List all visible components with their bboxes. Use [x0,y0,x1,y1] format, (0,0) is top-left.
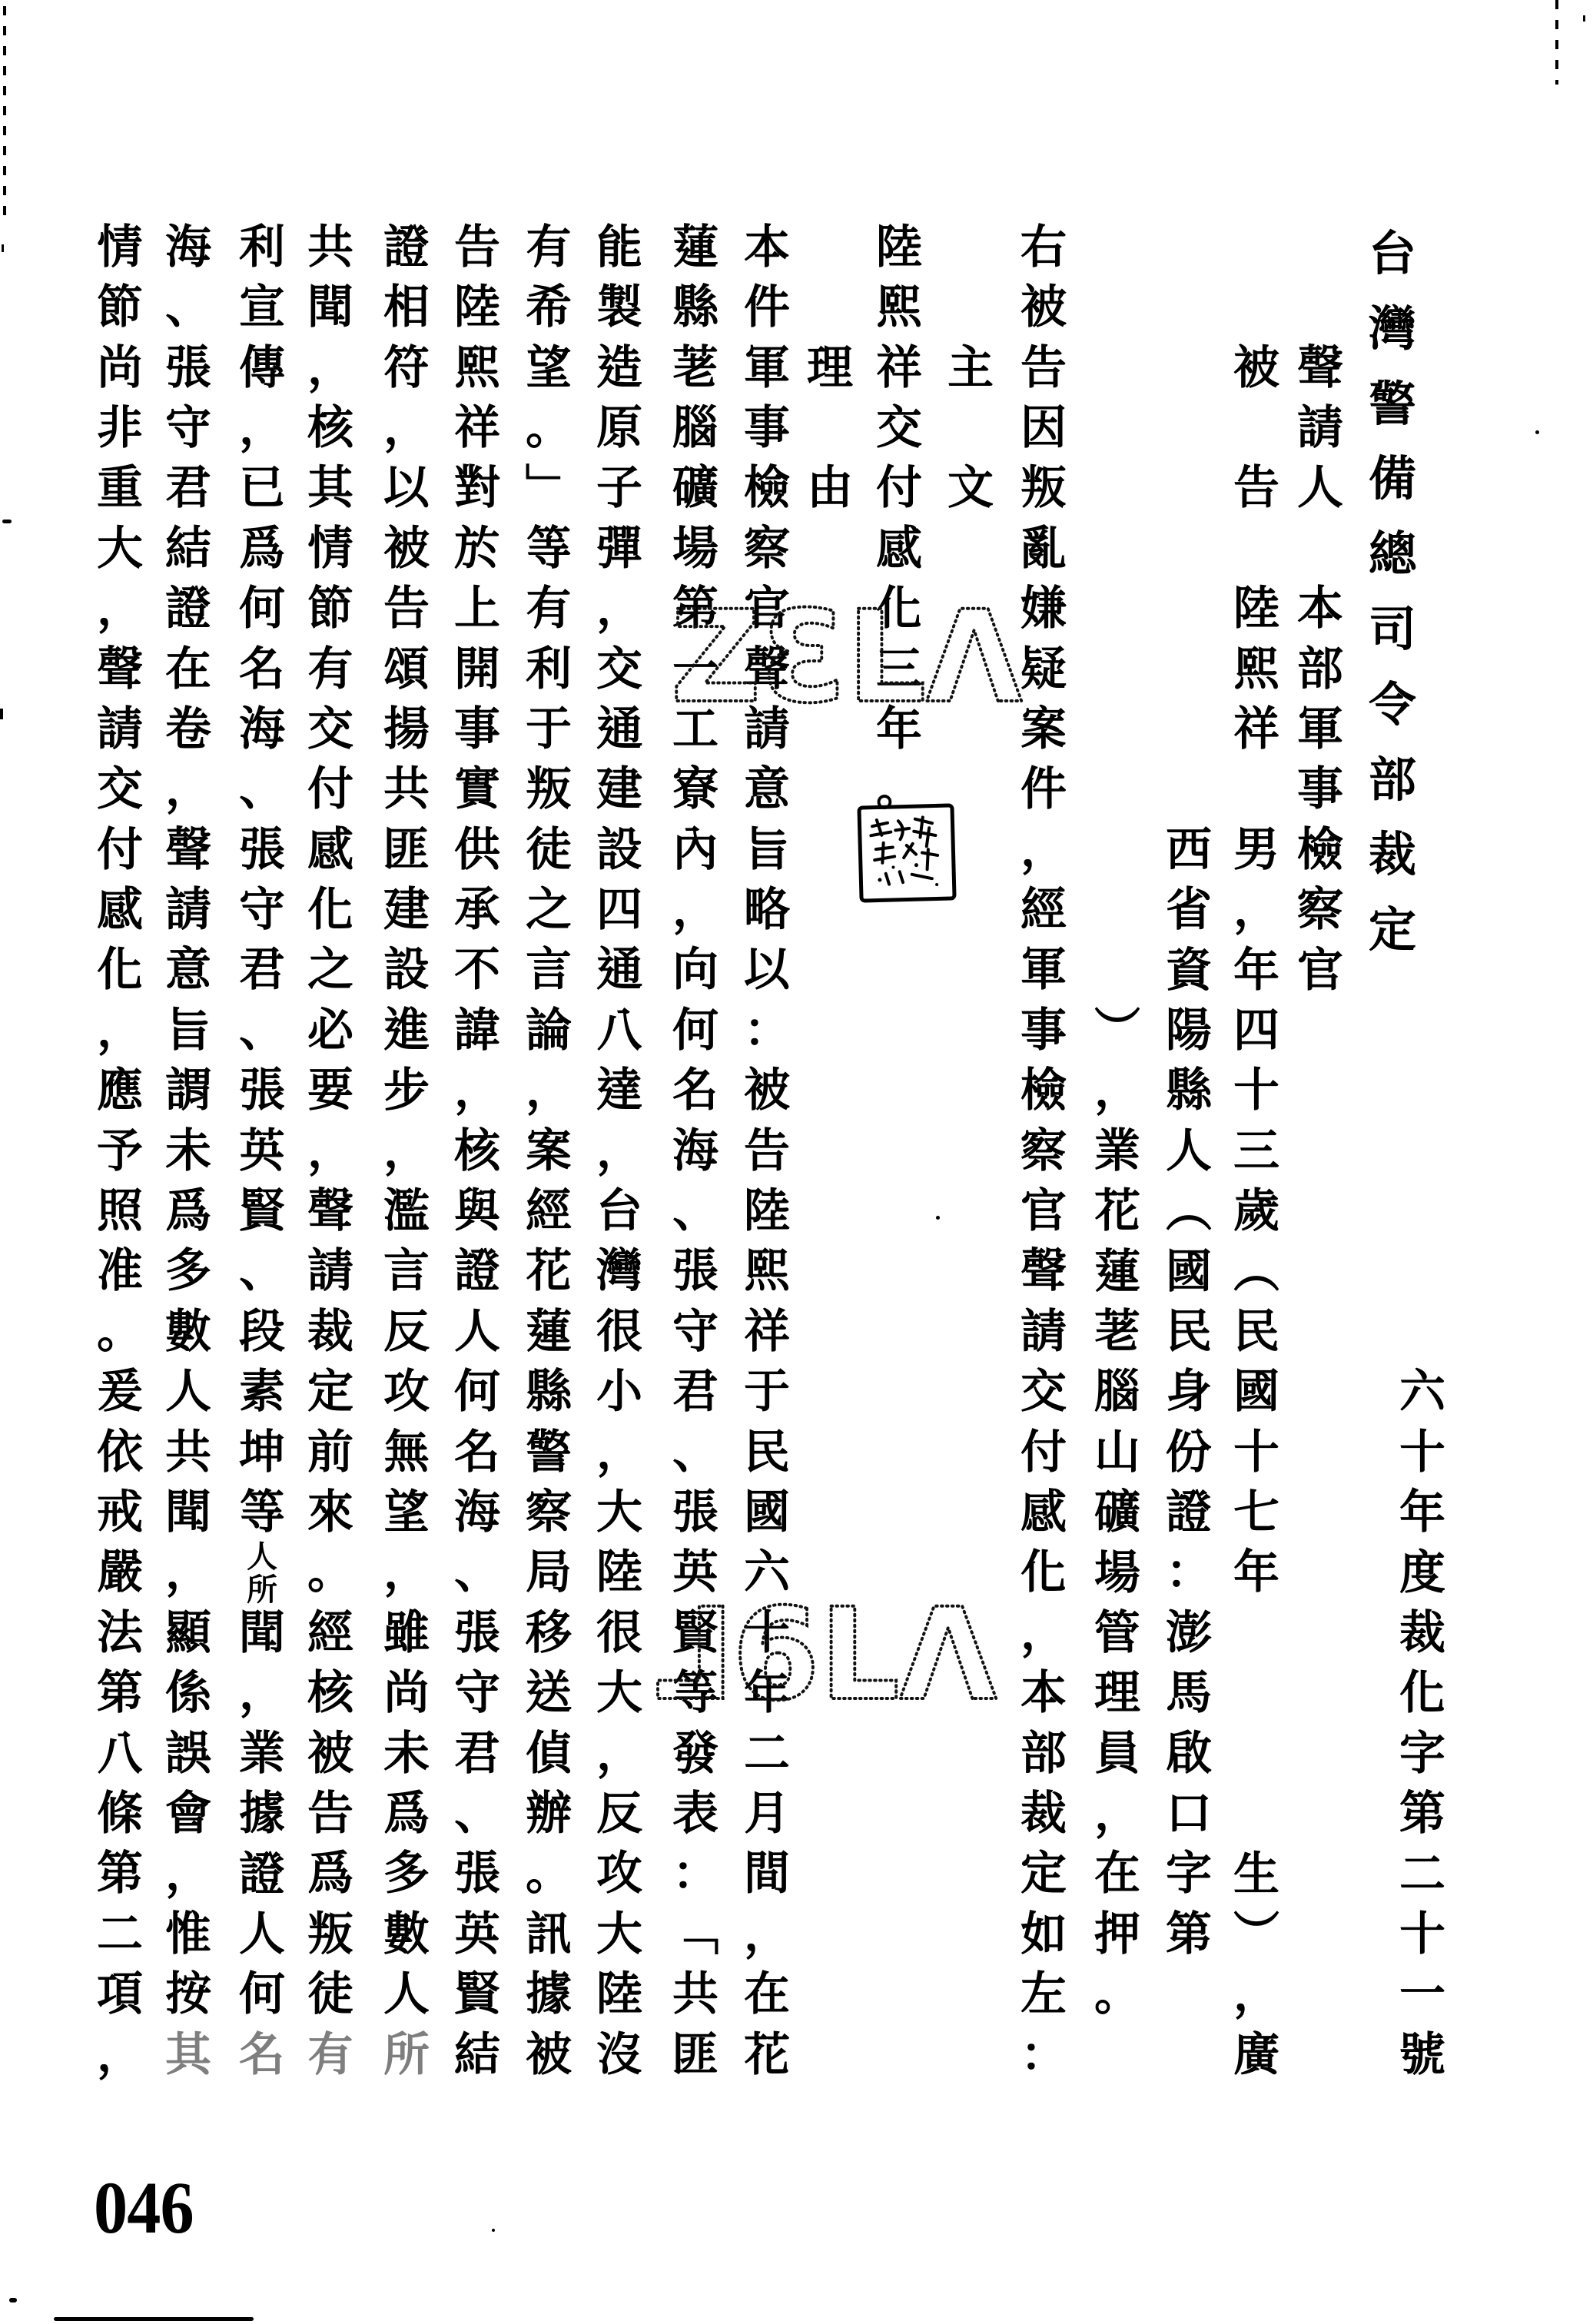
glyph: 寮 [669,759,722,819]
glyph: 論 [523,1001,575,1061]
glyph: 攻 [380,1362,433,1422]
reasons-column-2: 蓮縣荖腦礦場第一工寮內，向何名海、張守君、張英賢等發表：﹁共匪 [669,217,722,2085]
glyph: 照 [94,1181,146,1241]
petitioner-value: 本部軍事檢察官 [1294,579,1346,1001]
glyph: 、 [236,1241,288,1301]
glyph: 在 [741,1964,793,2024]
glyph: 。 [304,1542,357,1602]
glyph: 向 [669,940,722,1000]
glyph: 三 [1230,1121,1283,1181]
glyph: 人 [380,1964,433,2024]
reasons-column-6: 證相符，以被告頌揚共匪建設進步，濫言反攻無望，雖尚未爲多數人所 [380,217,433,2085]
glyph: 聲 [162,820,214,880]
glyph: 經 [523,1181,575,1241]
seal-glyph-icon [861,808,953,899]
defendant-details-origin-id: 西省資陽縣人︵國民身份證：澎馬啟口字第 [1163,820,1215,1964]
glyph: ︶ [1091,1001,1143,1061]
glyph: 第 [669,579,722,639]
glyph: 符 [380,338,433,398]
glyph: 等 [523,519,575,579]
glyph: 有 [523,217,575,277]
glyph: 君 [669,1362,722,1422]
glyph: 。 [523,398,575,458]
glyph: 顯 [162,1603,214,1663]
glyph: ： [1017,2025,1070,2085]
glyph: 局 [523,1542,575,1602]
glyph: 未 [162,1121,214,1181]
scan-artifact-right-edge [1555,0,1558,85]
glyph: 達 [593,1061,645,1120]
case-number: 六十年度裁化字第二十一號 [1396,1362,1449,2085]
glyph: 縣 [669,277,722,337]
glyph: 上 [451,579,503,639]
glyph: 爲 [236,519,288,579]
glyph: 四 [593,880,645,940]
glyph: 七 [1230,1482,1283,1542]
glyph: 何 [236,1964,288,2024]
glyph: 意 [162,940,214,1000]
glyph: 民 [1163,1302,1215,1362]
glyph: 辦 [523,1784,575,1844]
glyph: 交 [304,699,357,759]
glyph: 腦 [1091,1362,1143,1422]
glyph: 十 [1396,1904,1449,1964]
glyph: 度 [1396,1543,1449,1603]
glyph: 應 [94,1061,146,1120]
glyph: 件 [1017,759,1070,819]
glyph: 押 [1091,1904,1143,1964]
glyph: ， [304,1121,357,1181]
glyph: 付 [873,458,925,518]
glyph: 檢 [1017,1061,1070,1120]
glyph: 第 [1396,1784,1449,1844]
glyph: 傳 [236,338,288,398]
reasons-column-5: 告陸熙祥對於上開事實供承不諱，核與證人何名海、張守君、張英賢結 [451,217,503,2085]
glyph: 旨 [741,820,793,880]
glyph: 祥 [741,1302,793,1362]
glyph: 守 [669,1302,722,1362]
glyph: 以 [380,458,433,518]
glyph: 察 [1017,1121,1070,1181]
glyph: 人 [1294,458,1346,518]
glyph: 山 [1091,1423,1143,1482]
glyph: 移 [523,1603,575,1663]
glyph: 于 [523,699,575,759]
glyph: 無 [380,1423,433,1482]
glyph: 反 [380,1302,433,1362]
glyph: 送 [523,1663,575,1723]
scan-artifact-bottom-line [54,2317,254,2321]
glyph: 二 [741,1724,793,1784]
glyph: 君 [451,1724,503,1784]
glyph: 件 [741,277,793,337]
glyph: 惟 [162,1904,214,1964]
glyph: 人 [451,1302,503,1362]
glyph: 多 [162,1241,214,1301]
glyph: 請 [162,880,214,940]
glyph: 場 [1091,1543,1143,1603]
glyph: 共 [380,759,433,819]
glyph: 蓮 [669,217,722,277]
glyph: 察 [1294,880,1346,940]
glyph: 軍 [741,338,793,398]
glyph: 依 [94,1423,146,1482]
glyph: 業 [236,1724,288,1784]
glyph: 匪 [380,820,433,880]
glyph: 裁 [1366,817,1419,892]
glyph: 爰 [94,1362,146,1422]
glyph: 告 [741,1121,793,1181]
glyph: 陽 [1163,1001,1215,1061]
glyph: 有 [304,639,357,699]
glyph: 進 [380,1001,433,1061]
glyph: 祥 [1230,699,1283,759]
glyph: 國 [741,1482,793,1542]
glyph: ， [1230,880,1283,940]
glyph: 匪 [669,2025,722,2085]
glyph: 於 [451,519,503,579]
glyph: 旨 [162,1001,214,1061]
glyph: 以 [741,940,793,1000]
glyph: 步 [380,1061,433,1120]
scan-artifact-dot [936,1216,940,1220]
glyph: 六 [741,1542,793,1602]
glyph: ， [162,759,214,819]
glyph: 很 [593,1603,645,1663]
glyph: 啟 [1163,1724,1215,1784]
glyph: 何 [236,579,288,639]
glyph: 告 [1017,338,1070,398]
glyph: 陸 [741,1181,793,1241]
glyph: 爲 [162,1181,214,1241]
glyph: 名 [236,639,288,699]
glyph: 宣 [236,277,288,337]
glyph: ， [380,398,433,458]
glyph: 對 [451,458,503,518]
glyph: 六 [1396,1362,1449,1422]
glyph: 徒 [304,1964,357,2024]
glyph: 揚 [380,699,433,759]
defendant-details-birth-end: 生︶，廣 [1230,1844,1283,2086]
glyph: 之 [304,940,357,1000]
petitioner-label: 聲請人 [1294,338,1346,519]
glyph: 徒 [523,820,575,880]
reasons-column-8: 利宣傳，已爲何名海、張守君、張英賢、段素坤等 [236,217,288,1543]
glyph: 台 [593,1181,645,1241]
glyph: 數 [380,1904,433,1964]
glyph: 製 [593,277,645,337]
glyph: 張 [236,820,288,880]
glyph: 察 [741,519,793,579]
glyph: 十 [1230,1061,1283,1120]
glyph: 二 [1396,1844,1449,1904]
defendant-label-char-1: 被 [1230,338,1283,398]
glyph: 三 [873,639,925,699]
glyph: 亂 [1017,519,1070,579]
glyph: 熙 [873,277,925,337]
glyph: 西 [1163,820,1215,880]
glyph: 請 [304,1241,357,1301]
glyph: 大 [593,1482,645,1542]
glyph: 縣 [523,1362,575,1422]
glyph: 張 [669,1241,722,1301]
glyph: 共 [162,1423,214,1482]
glyph: 據 [523,1964,575,2024]
glyph: 略 [741,880,793,940]
glyph: 證 [236,1844,288,1904]
glyph: 會 [162,1784,214,1844]
ruling-heading-char-1: 主 [944,338,997,398]
glyph: 節 [94,277,146,337]
glyph: 文 [944,458,997,518]
glyph: 馬 [1163,1663,1215,1723]
glyph: 蓮 [1091,1242,1143,1302]
glyph: 之 [523,880,575,940]
glyph: 名 [451,1423,503,1482]
reasons-column-3: 能製造原子彈，交通建設四通八達，台灣很小，大陸很大，反攻大陸沒 [593,217,645,2085]
glyph: 謂 [162,1061,214,1120]
glyph: 聲 [1017,1241,1070,1301]
glyph: 交 [94,759,146,819]
glyph: 數 [162,1302,214,1362]
glyph: 人 [236,1540,288,1573]
glyph: 准 [94,1241,146,1301]
glyph: 裁 [1017,1784,1070,1844]
glyph: ， [451,1061,503,1120]
glyph: 定 [304,1362,357,1422]
glyph: 陸 [593,1964,645,2024]
glyph: 理 [804,338,856,398]
glyph: 已 [236,458,288,518]
glyph: 第 [94,1663,146,1723]
glyph: 條 [94,1784,146,1844]
glyph: ， [1091,1061,1143,1120]
glyph: 經 [1017,880,1070,940]
glyph: 爲 [380,1784,433,1844]
reasons-heading-char-2: 由 [804,458,856,518]
glyph: 等 [669,1663,722,1723]
glyph: 名 [669,1061,722,1120]
glyph: 告 [380,579,433,639]
glyph: 聲 [1294,338,1346,398]
glyph: 聞 [236,1603,288,1663]
glyph: 叛 [304,1904,357,1964]
glyph: 付 [94,820,146,880]
glyph: ， [94,1001,146,1061]
glyph: 予 [94,1121,146,1181]
glyph: 聲 [741,639,793,699]
glyph: 據 [236,1784,288,1844]
glyph: 其 [162,2025,214,2085]
glyph: 身 [1163,1362,1215,1422]
glyph: ， [162,1542,214,1602]
glyph: 尚 [94,338,146,398]
glyph: 濫 [380,1181,433,1241]
glyph: 利 [236,217,288,277]
glyph: ： [1163,1542,1215,1602]
glyph: 熙 [741,1241,793,1301]
glyph: 請 [741,699,793,759]
glyph: 定 [1366,892,1419,968]
glyph: 何 [669,1001,722,1061]
glyph: 八 [593,1001,645,1061]
glyph: 訊 [523,1904,575,1964]
glyph: ， [1017,1603,1070,1663]
glyph: 結 [162,519,214,579]
glyph: 守 [162,398,214,458]
glyph: 廣 [1230,2025,1283,2085]
glyph: 素 [236,1362,288,1422]
glyph: 、 [236,1001,288,1061]
glyph: 內 [669,820,722,880]
glyph: ﹁ [669,1904,722,1964]
glyph: 偵 [523,1724,575,1784]
glyph: 嫌 [1017,579,1070,639]
glyph: 花 [1091,1181,1143,1241]
glyph: 、 [669,1181,722,1241]
glyph: 守 [236,880,288,940]
glyph: 由 [804,458,856,518]
glyph: ， [380,1121,433,1181]
glyph: 化 [1396,1663,1449,1723]
glyph: 法 [94,1603,146,1663]
glyph: 來 [304,1482,357,1542]
glyph: 多 [380,1844,433,1904]
glyph: 被 [304,1724,357,1784]
glyph: 證 [162,579,214,639]
glyph: 小 [593,1362,645,1422]
glyph: 設 [593,820,645,880]
glyph: 軍 [1294,699,1346,759]
glyph: 察 [523,1482,575,1542]
glyph: 陸 [873,217,925,277]
glyph: 大 [593,1904,645,1964]
glyph: 部 [1366,742,1419,818]
preamble: 右被告因叛亂嫌疑案件，經軍事檢察官聲請交付感化，本部裁定如左： [1017,217,1070,2085]
glyph: 因 [1017,398,1070,458]
glyph: 嚴 [94,1542,146,1602]
glyph: 名 [236,2025,288,2085]
glyph: 熙 [1230,639,1283,699]
glyph: 與 [451,1181,503,1241]
glyph: 君 [236,940,288,1000]
glyph: 化 [304,880,357,940]
glyph: 祥 [873,338,925,398]
glyph: 礦 [1091,1482,1143,1542]
glyph: ﹂ [523,458,575,518]
glyph: 付 [304,759,357,819]
glyph: ， [94,2025,146,2085]
glyph: 叛 [1017,458,1070,518]
glyph: 其 [304,458,357,518]
document-page: 六十年度裁化字第二十一號 台灣警備總司令部裁定 聲請人 本部軍事檢察官 被 告 … [0,0,1593,2324]
glyph: 事 [1017,1001,1070,1061]
glyph: 第 [94,1844,146,1904]
glyph: 二 [94,1904,146,1964]
glyph: 設 [380,940,433,1000]
glyph: 開 [451,639,503,699]
glyph: ， [1091,1784,1143,1844]
glyph: 員 [1091,1724,1143,1784]
glyph: 供 [451,820,503,880]
glyph: 段 [236,1302,288,1362]
glyph: 疑 [1017,639,1070,699]
glyph: 年 [1396,1482,1449,1542]
glyph: 被 [380,519,433,579]
glyph: 不 [451,940,503,1000]
glyph: 、 [451,1784,503,1844]
glyph: 有 [304,2025,357,2085]
glyph: 十 [1230,1423,1283,1482]
glyph: 張 [162,338,214,398]
glyph: 第 [1163,1904,1215,1964]
glyph: 令 [1366,667,1419,742]
glyph: 海 [451,1482,503,1542]
glyph: 英 [451,1904,503,1964]
glyph: 被 [1017,277,1070,337]
glyph: 付 [1017,1423,1070,1482]
glyph: 警 [1366,367,1419,442]
glyph: 建 [593,759,645,819]
glyph: 利 [523,639,575,699]
glyph: 核 [304,1663,357,1723]
glyph: 被 [1230,338,1283,398]
glyph: 男 [1230,820,1283,880]
glyph: 、 [451,1542,503,1602]
reasons-column-9: 海、張守君結證在卷，聲請意旨謂未爲多數人共聞，顯係誤會，惟按其 [162,217,214,2085]
glyph: 請 [94,699,146,759]
glyph: 事 [741,398,793,458]
reasons-column-8-continued: 聞，業據證人何名 [236,1603,288,2085]
glyph: 證 [380,217,433,277]
scan-artifact-dot [9,2298,17,2302]
ruling-text: 陸熙祥交付感化三年。 [873,217,925,820]
glyph: ， [593,1121,645,1181]
glyph: 請 [1017,1302,1070,1362]
glyph: 證 [451,1241,503,1301]
glyph: ， [1017,820,1070,880]
glyph: 聞 [304,277,357,337]
glyph: 、 [669,1423,722,1482]
glyph: 共 [669,1964,722,2024]
glyph: 言 [380,1241,433,1301]
glyph: 右 [1017,217,1070,277]
glyph: 望 [380,1482,433,1542]
scan-artifact-dot [1583,15,1585,22]
glyph: ， [304,338,357,398]
glyph: ， [741,1904,793,1964]
glyph: 戒 [94,1482,146,1542]
glyph: 意 [741,759,793,819]
glyph: 。 [1091,1964,1143,2024]
glyph: 民 [741,1423,793,1482]
glyph: 號 [1396,2025,1449,2085]
glyph: 字 [1163,1844,1215,1904]
glyph: ， [1230,1964,1283,2024]
glyph: ， [593,1724,645,1784]
watermark-stamp-upper: ZƐLΛ [671,583,1022,731]
glyph: 原 [593,398,645,458]
glyph: ， [380,1542,433,1602]
glyph: 所 [380,2025,433,2085]
defendant-details-occupation: ︶，業花蓮荖腦山礦場管理員，在押。 [1091,1001,1143,2025]
glyph: 腦 [669,398,722,458]
glyph: 一 [669,639,722,699]
glyph: 張 [451,1844,503,1904]
glyph: 管 [1091,1603,1143,1663]
glyph: 荖 [1091,1302,1143,1362]
glyph: 在 [162,639,214,699]
